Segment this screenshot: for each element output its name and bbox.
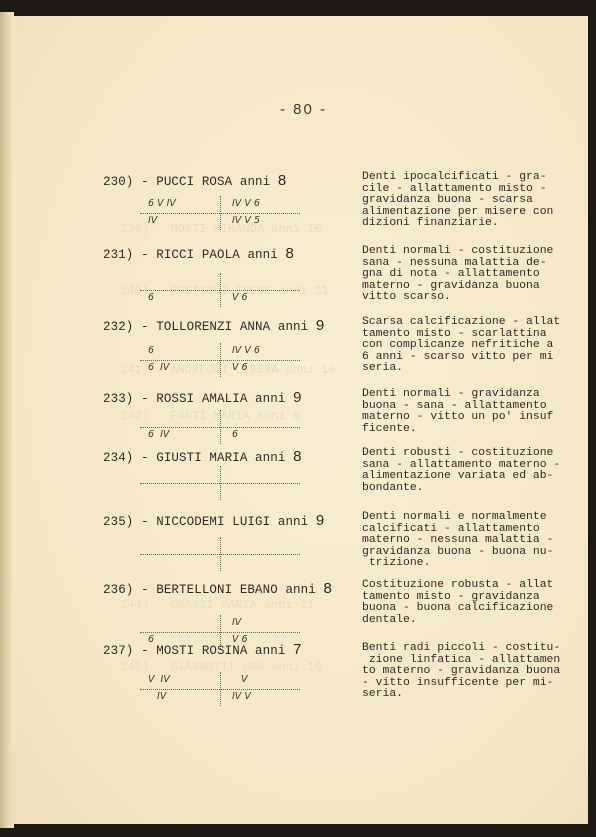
entry-heading: 233) - ROSSI AMALIA anni 9: [103, 389, 302, 406]
entry-number: 236): [103, 583, 133, 597]
age-value: 9: [316, 317, 324, 334]
entry-number: 234): [103, 451, 133, 465]
entry-heading: 234) - GIUSTI MARIA anni 8: [103, 448, 302, 465]
entry-heading: 230) - PUCCI ROSA anni 8: [103, 172, 286, 189]
dental-chart: [140, 466, 300, 500]
dental-chart-vertical-axis: [220, 273, 221, 307]
upper-left-teeth: 6 V IV: [148, 198, 176, 209]
patient-name: PUCCI ROSA: [156, 175, 232, 189]
lower-left-teeth: IV: [148, 691, 166, 702]
dental-chart-vertical-axis: [220, 410, 221, 444]
age-value: 8: [293, 448, 301, 465]
show-through-text: 244) - GRASSI MARIA anni 11: [120, 598, 314, 612]
upper-right-teeth: IV: [232, 617, 241, 628]
lower-left-teeth: IV: [148, 215, 157, 226]
lower-right-teeth: 6: [232, 429, 238, 440]
dental-chart-vertical-axis: [220, 343, 221, 377]
dental-chart: 6V 6: [140, 273, 300, 307]
age-value: 7: [293, 641, 301, 658]
entry-number: 235): [103, 515, 133, 529]
age-label: anni: [255, 392, 285, 406]
patient-name: BERTELLONI EBANO: [156, 583, 278, 597]
age-label: anni: [278, 515, 308, 529]
lower-left-teeth: 6 IV: [148, 429, 169, 440]
lower-right-teeth: V 6: [232, 362, 248, 373]
scan-border: [588, 0, 596, 837]
patient-name: TOLLORENZI ANNA: [156, 320, 270, 334]
entry-number: 231): [103, 248, 133, 262]
entry-heading: 231) - RICCI PAOLA anni 8: [103, 245, 294, 262]
dental-chart-vertical-axis: [220, 466, 221, 500]
age-label: anni: [285, 583, 315, 597]
lower-left-teeth: 6: [148, 292, 154, 303]
entry-description: Scarsa calcificazione - allat tamento mi…: [362, 317, 572, 375]
entry-description: Denti normali - costituzione sana - ness…: [362, 246, 572, 304]
dental-chart: V IV V IVIV V: [140, 672, 300, 706]
age-value: 9: [293, 389, 301, 406]
age-value: 9: [316, 512, 324, 529]
dental-chart-vertical-axis: [220, 672, 221, 706]
entry-heading: 236) - BERTELLONI EBANO anni 8: [103, 580, 332, 597]
dental-chart-vertical-axis: [220, 537, 221, 571]
dental-chart: [140, 537, 300, 571]
page-number: - 80 -: [280, 101, 327, 118]
dental-chart: 6IV V 66 IVV 6: [140, 343, 300, 377]
entry-description: Benti radi piccoli - costitu- zione linf…: [362, 643, 572, 701]
entry-number: 237): [103, 644, 133, 658]
dental-chart: 6 IV6: [140, 410, 300, 444]
age-value: 8: [285, 245, 293, 262]
patient-name: ROSSI AMALIA: [156, 392, 247, 406]
dental-chart: 6 V IVIV V 6IVIV V 5: [140, 196, 300, 230]
patient-name: RICCI PAOLA: [156, 248, 240, 262]
entry-number: 232): [103, 320, 133, 334]
entry-number: 230): [103, 175, 133, 189]
lower-right-teeth: IV V: [232, 691, 251, 702]
entry-description: Costituzione robusta - allat tamento mis…: [362, 580, 572, 626]
age-value: 8: [278, 172, 286, 189]
entry-description: Denti ipocalcificati - gra- cile - allat…: [362, 172, 572, 230]
entry-heading: 237) - MOSTI ROSINA anni 7: [103, 641, 302, 658]
age-value: 8: [323, 580, 331, 597]
upper-left-teeth: V IV: [148, 674, 170, 685]
entry-description: Denti robusti - costituzione sana - alla…: [362, 448, 572, 494]
entry-number: 233): [103, 392, 133, 406]
age-label: anni: [240, 175, 270, 189]
lower-right-teeth: V 6: [232, 292, 248, 303]
age-label: anni: [255, 644, 285, 658]
entry-heading: 235) - NICCODEMI LUIGI anni 9: [103, 512, 324, 529]
entry-description: Denti normali - gravidanza buona - sana …: [362, 389, 572, 435]
age-label: anni: [255, 451, 285, 465]
patient-name: GIUSTI MARIA: [156, 451, 247, 465]
upper-right-teeth: IV V 6: [232, 198, 260, 209]
lower-right-teeth: IV V 5: [232, 215, 260, 226]
lower-left-teeth: 6 IV: [148, 362, 169, 373]
age-label: anni: [278, 320, 308, 334]
patient-name: NICCODEMI LUIGI: [156, 515, 270, 529]
age-label: anni: [247, 248, 277, 262]
upper-right-teeth: IV V 6: [232, 345, 260, 356]
entry-heading: 232) - TOLLORENZI ANNA anni 9: [103, 317, 324, 334]
entry-description: Denti normali e normalmente calcificati …: [362, 512, 572, 570]
dental-chart-vertical-axis: [220, 196, 221, 230]
upper-left-teeth: 6: [148, 345, 154, 356]
patient-name: MOSTI ROSINA: [156, 644, 247, 658]
upper-right-teeth: V: [232, 674, 248, 685]
